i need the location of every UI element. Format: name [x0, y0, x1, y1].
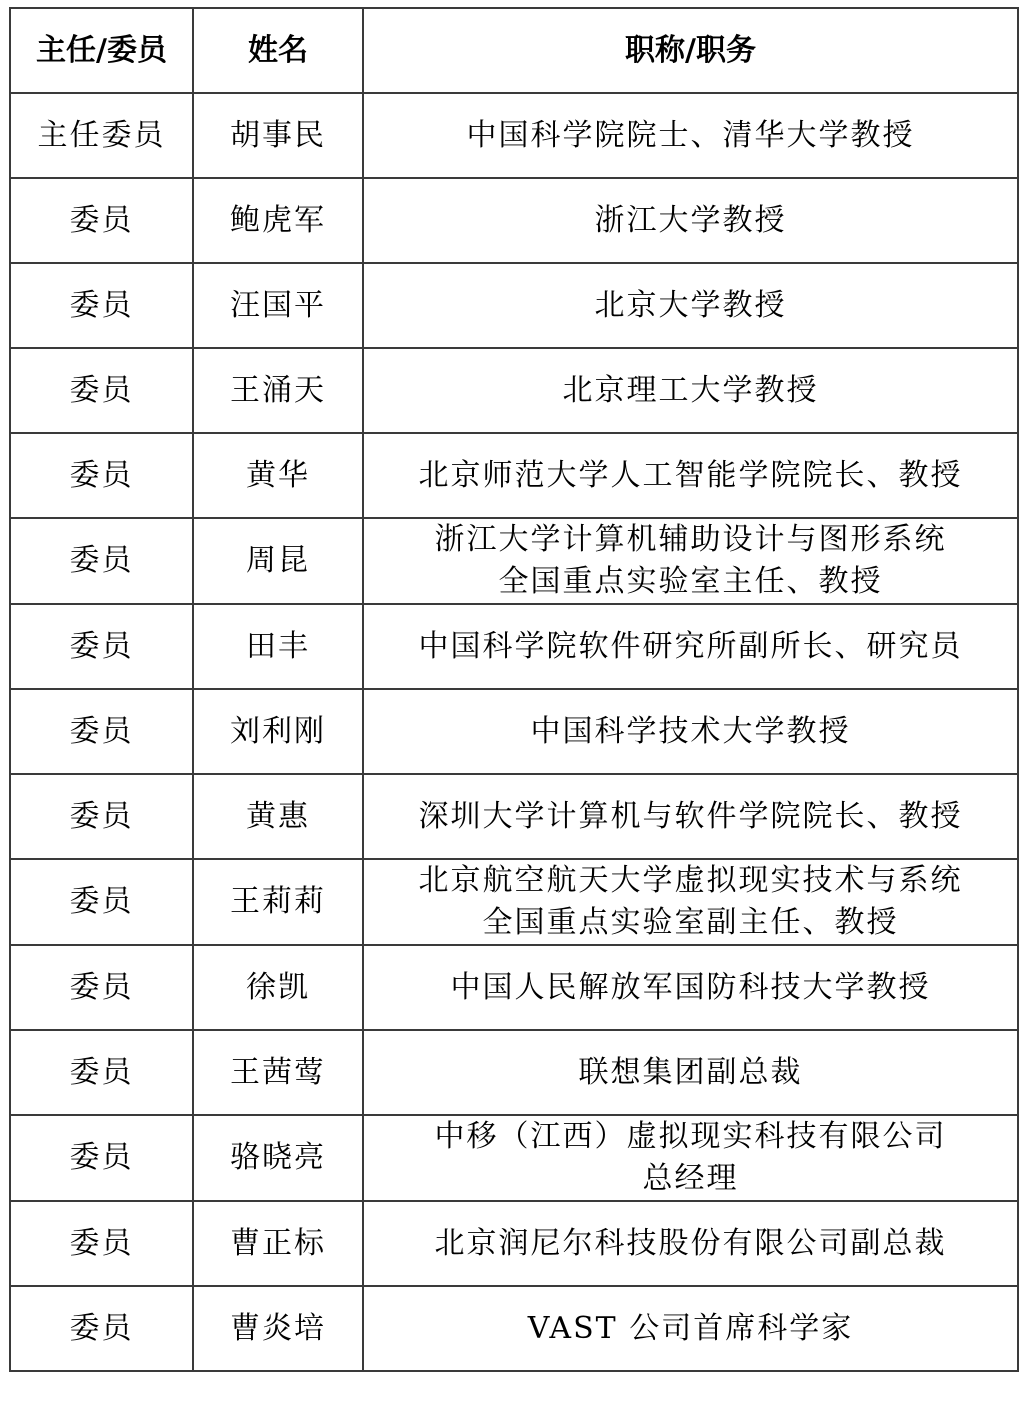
title-line: 联想集团副总裁: [364, 1052, 1017, 1094]
header-row: 主任/委员 姓名 职称/职务: [10, 8, 1018, 93]
committee-table: 主任/委员 姓名 职称/职务 主任委员 胡事民 中国科学院院士、清华大学教授 委…: [9, 7, 1019, 1372]
cell-title: 中国科学院院士、清华大学教授: [363, 93, 1018, 178]
cell-title: 北京师范大学人工智能学院院长、教授: [363, 433, 1018, 518]
title-line: 北京航空航天大学虚拟现实技术与系统: [364, 860, 1017, 902]
title-line: 中国科学院院士、清华大学教授: [364, 115, 1017, 157]
cell-role: 委员: [10, 1115, 193, 1201]
cell-role: 委员: [10, 1030, 193, 1115]
header-title: 职称/职务: [363, 8, 1018, 93]
cell-name: 王茜莺: [193, 1030, 363, 1115]
cell-role: 委员: [10, 945, 193, 1030]
cell-role: 委员: [10, 178, 193, 263]
cell-role: 委员: [10, 1201, 193, 1286]
cell-name: 王涌天: [193, 348, 363, 433]
title-line: 中国人民解放军国防科技大学教授: [364, 967, 1017, 1009]
table-row: 委员 曹炎培 VAST 公司首席科学家: [10, 1286, 1018, 1371]
cell-title: 深圳大学计算机与软件学院院长、教授: [363, 774, 1018, 859]
table-row: 委员 刘利刚 中国科学技术大学教授: [10, 689, 1018, 774]
table-row: 委员 汪国平 北京大学教授: [10, 263, 1018, 348]
title-line: 全国重点实验室主任、教授: [364, 561, 1017, 603]
table-row: 委员 骆晓亮 中移（江西）虚拟现实科技有限公司 总经理: [10, 1115, 1018, 1201]
cell-name: 徐凯: [193, 945, 363, 1030]
cell-name: 周昆: [193, 518, 363, 604]
cell-role: 委员: [10, 518, 193, 604]
table-row: 委员 王涌天 北京理工大学教授: [10, 348, 1018, 433]
cell-name: 曹正标: [193, 1201, 363, 1286]
cell-title: 北京大学教授: [363, 263, 1018, 348]
cell-title: 中国科学院软件研究所副所长、研究员: [363, 604, 1018, 689]
cell-role: 委员: [10, 604, 193, 689]
cell-title: 浙江大学教授: [363, 178, 1018, 263]
cell-title: 北京理工大学教授: [363, 348, 1018, 433]
cell-title: 联想集团副总裁: [363, 1030, 1018, 1115]
cell-title: 中国人民解放军国防科技大学教授: [363, 945, 1018, 1030]
table-row: 委员 田丰 中国科学院软件研究所副所长、研究员: [10, 604, 1018, 689]
title-line: VAST 公司首席科学家: [364, 1308, 1017, 1350]
title-line: 北京理工大学教授: [364, 370, 1017, 412]
header-role: 主任/委员: [10, 8, 193, 93]
cell-title: 北京润尼尔科技股份有限公司副总裁: [363, 1201, 1018, 1286]
cell-name: 曹炎培: [193, 1286, 363, 1371]
cell-name: 骆晓亮: [193, 1115, 363, 1201]
table-body: 主任委员 胡事民 中国科学院院士、清华大学教授 委员 鲍虎军 浙江大学教授 委员…: [10, 93, 1018, 1371]
title-line: 浙江大学计算机辅助设计与图形系统: [364, 519, 1017, 561]
title-line: 中国科学院软件研究所副所长、研究员: [364, 626, 1017, 668]
title-line: 北京润尼尔科技股份有限公司副总裁: [364, 1223, 1017, 1265]
table-row: 委员 曹正标 北京润尼尔科技股份有限公司副总裁: [10, 1201, 1018, 1286]
header-name: 姓名: [193, 8, 363, 93]
table-row: 委员 黄惠 深圳大学计算机与软件学院院长、教授: [10, 774, 1018, 859]
cell-name: 王莉莉: [193, 859, 363, 945]
table-row: 委员 徐凯 中国人民解放军国防科技大学教授: [10, 945, 1018, 1030]
cell-name: 田丰: [193, 604, 363, 689]
cell-name: 汪国平: [193, 263, 363, 348]
cell-title: VAST 公司首席科学家: [363, 1286, 1018, 1371]
table-row: 委员 王茜莺 联想集团副总裁: [10, 1030, 1018, 1115]
title-line: 全国重点实验室副主任、教授: [364, 902, 1017, 944]
cell-role: 委员: [10, 348, 193, 433]
cell-role: 委员: [10, 774, 193, 859]
cell-role: 委员: [10, 433, 193, 518]
cell-role: 委员: [10, 859, 193, 945]
table-row: 委员 黄华 北京师范大学人工智能学院院长、教授: [10, 433, 1018, 518]
cell-role: 委员: [10, 1286, 193, 1371]
title-line: 中国科学技术大学教授: [364, 711, 1017, 753]
cell-name: 黄华: [193, 433, 363, 518]
title-line: 北京师范大学人工智能学院院长、教授: [364, 455, 1017, 497]
title-line: 深圳大学计算机与软件学院院长、教授: [364, 796, 1017, 838]
cell-role: 委员: [10, 263, 193, 348]
table-row: 主任委员 胡事民 中国科学院院士、清华大学教授: [10, 93, 1018, 178]
title-line: 中移（江西）虚拟现实科技有限公司: [364, 1116, 1017, 1158]
cell-role: 委员: [10, 689, 193, 774]
cell-title: 中移（江西）虚拟现实科技有限公司 总经理: [363, 1115, 1018, 1201]
table-row: 委员 王莉莉 北京航空航天大学虚拟现实技术与系统 全国重点实验室副主任、教授: [10, 859, 1018, 945]
cell-name: 胡事民: [193, 93, 363, 178]
cell-title: 北京航空航天大学虚拟现实技术与系统 全国重点实验室副主任、教授: [363, 859, 1018, 945]
cell-role: 主任委员: [10, 93, 193, 178]
cell-name: 刘利刚: [193, 689, 363, 774]
table-row: 委员 鲍虎军 浙江大学教授: [10, 178, 1018, 263]
title-line: 总经理: [364, 1158, 1017, 1200]
title-line: 浙江大学教授: [364, 200, 1017, 242]
table-row: 委员 周昆 浙江大学计算机辅助设计与图形系统 全国重点实验室主任、教授: [10, 518, 1018, 604]
cell-name: 黄惠: [193, 774, 363, 859]
cell-title: 浙江大学计算机辅助设计与图形系统 全国重点实验室主任、教授: [363, 518, 1018, 604]
title-line: 北京大学教授: [364, 285, 1017, 327]
cell-name: 鲍虎军: [193, 178, 363, 263]
cell-title: 中国科学技术大学教授: [363, 689, 1018, 774]
